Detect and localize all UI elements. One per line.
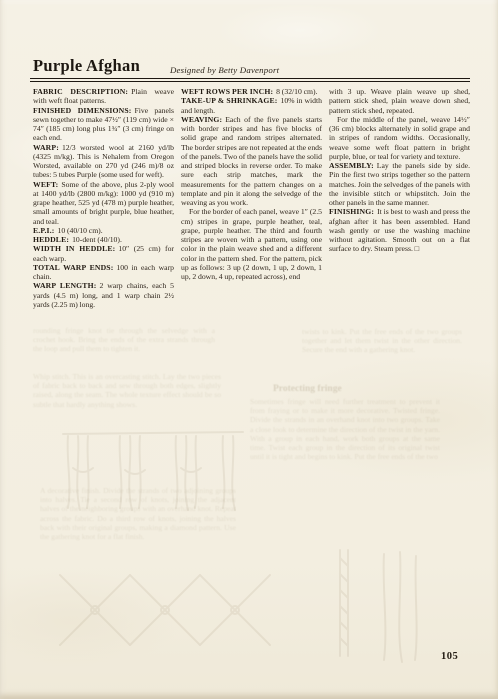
para-finished-dimensions: FINISHED DIMENSIONS:Five panels sewn tog… (33, 106, 174, 143)
para-total-warp-ends: TOTAL WARP ENDS:100 in each warp chain. (33, 263, 174, 282)
para-assembly: ASSEMBLY:Lay the panels side by side. Pi… (329, 161, 470, 207)
para-take-up-shrinkage: TAKE-UP & SHRINKAGE:10% in width and len… (181, 96, 322, 115)
spec-text-middle-of-panel: For the middle of the panel, weave 14½″ … (329, 115, 470, 161)
spec-label-take-up: TAKE-UP & SHRINKAGE: (181, 96, 277, 105)
spec-text-epi: 10 (40/10 cm). (57, 226, 102, 235)
spec-label-weaving: WEAVING: (181, 115, 222, 124)
article-body: FABRIC DESCRIPTION:Plain weave with weft… (33, 87, 470, 309)
spec-label-finished-dimensions: FINISHED DIMENSIONS: (33, 106, 131, 115)
spec-text-weaving-continued: with 3 up. Weave plain weave up shed, pa… (329, 87, 470, 115)
ghost-fringe-diagram (58, 428, 248, 520)
spec-text-weft-rows: 8 (32/10 cm). (276, 87, 317, 96)
column-3: with 3 up. Weave plain weave up shed, pa… (329, 87, 470, 309)
ghost-bleedthrough-text: Sometimes fringe will need further treat… (250, 397, 440, 461)
article-header: Purple Afghan Designed by Betty Davenpor… (33, 56, 470, 78)
spec-label-weft: WEFT: (33, 180, 58, 189)
ghost-bleedthrough-text: rounding fringe knot tie through the sel… (33, 326, 215, 354)
para-epi: E.P.I.:10 (40/10 cm). (33, 226, 174, 235)
column-1: FABRIC DESCRIPTION:Plain weave with weft… (33, 87, 174, 309)
para-fabric-description: FABRIC DESCRIPTION:Plain weave with weft… (33, 87, 174, 106)
spec-label-width-in-heddle: WIDTH IN HEDDLE: (33, 244, 115, 253)
page-number: 105 (441, 651, 458, 662)
para-warp-length: WARP LENGTH:2 warp chains, each 5 yards … (33, 281, 174, 309)
para-warp: WARP:12/3 worsted wool at 2160 yd/lb (43… (33, 143, 174, 180)
para-middle-of-panel: For the middle of the panel, weave 14½″ … (329, 115, 470, 161)
para-weft-rows-per-inch: WEFT ROWS PER INCH:8 (32/10 cm). (181, 87, 322, 96)
para-weft: WEFT:Some of the above, plus 2-ply wool … (33, 180, 174, 226)
spec-text-border-pattern: For the border of each panel, weave 1″ (… (181, 207, 322, 281)
spec-label-fabric-description: FABRIC DESCRIPTION: (33, 87, 128, 96)
spec-label-warp: WARP: (33, 143, 59, 152)
header-double-rule (30, 78, 470, 82)
spec-label-assembly: ASSEMBLY: (329, 161, 374, 170)
spec-label-heddle: HEDDLE: (33, 235, 69, 244)
para-finishing: FINISHING:It is best to wash and press t… (329, 207, 470, 253)
spec-text-weaving: Each of the five panels starts with bord… (181, 115, 322, 207)
column-2: WEFT ROWS PER INCH:8 (32/10 cm). TAKE-UP… (181, 87, 322, 309)
para-weaving: WEAVING:Each of the five panels starts w… (181, 115, 322, 208)
article-byline: Designed by Betty Davenport (170, 65, 279, 75)
ghost-bleedthrough-text: Whip stitch. This is an overcasting stit… (33, 372, 221, 409)
ghost-bleedthrough-text: A decorative finish. Divide the strands … (40, 486, 236, 541)
scanned-magazine-page: Purple Afghan Designed by Betty Davenpor… (0, 0, 498, 699)
spec-label-total-warp-ends: TOTAL WARP ENDS: (33, 263, 113, 272)
ghost-bleedthrough-text: twists to kink. Put the free ends of the… (302, 327, 462, 355)
spec-label-epi: E.P.I.: (33, 226, 54, 235)
para-heddle: HEDDLE:10-dent (40/10). (33, 235, 174, 244)
spec-label-warp-length: WARP LENGTH: (33, 281, 96, 290)
spec-label-finishing: FINISHING: (329, 207, 374, 216)
para-border-pattern: For the border of each panel, weave 1″ (… (181, 207, 322, 281)
ghost-diamond-lattice-diagram (40, 570, 290, 648)
article-title: Purple Afghan (33, 56, 140, 76)
para-weaving-continued: with 3 up. Weave plain weave up shed, pa… (329, 87, 470, 115)
spec-text-heddle: 10-dent (40/10). (72, 235, 122, 244)
spec-label-weft-rows: WEFT ROWS PER INCH: (181, 87, 273, 96)
ghost-bleedthrough-heading: Protecting fringe (273, 384, 342, 394)
ghost-selvedge-diagram (322, 546, 432, 664)
para-width-in-heddle: WIDTH IN HEDDLE:10″ (25 cm) for each war… (33, 244, 174, 263)
